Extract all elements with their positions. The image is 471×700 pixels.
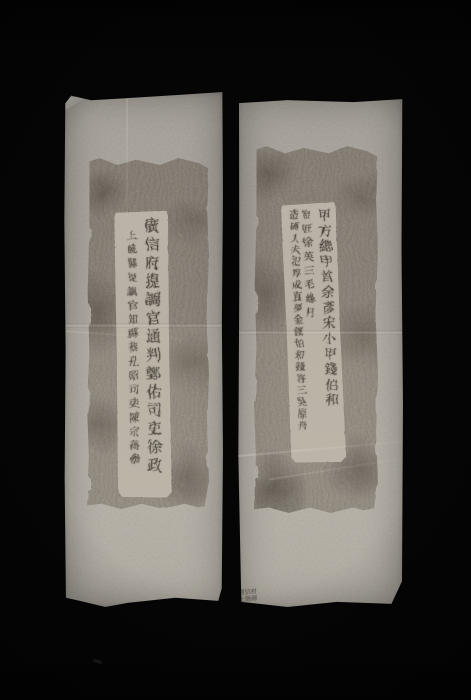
- left-rubbing-sheet: 廣信府提調官通判鄭佑司吏徐政 上饒縣提調官知縣蔡孔昭司吏陳宗蒋叅: [64, 92, 223, 607]
- right-rubbing-sheet: 甲方總甲首余彥宋小甲錢伯和 窑匠徐英三毛絲月 造磚人夫氾厚成真夢金錢伯和錢容三吳…: [238, 96, 403, 609]
- inscription-column-main: 廣信府提調官通判鄭佑司吏徐政: [137, 218, 169, 491]
- handwritten-note: 廣信府 上饒磚: [239, 589, 258, 603]
- floor-speck: [93, 659, 102, 665]
- note-line: 上饒磚: [239, 596, 257, 604]
- corner-fold: [64, 97, 88, 111]
- right-inscription-panel: 甲方總甲首余彥宋小甲錢伯和 窑匠徐英三毛絲月 造磚人夫氾厚成真夢金錢伯和錢容三吳…: [281, 202, 347, 464]
- left-inscription-panel: 廣信府提調官通判鄭佑司吏徐政 上饒縣提調官知縣蔡孔昭司吏陳宗蒋叅: [114, 211, 172, 499]
- photograph-of-rubbings: 廣信府提調官通判鄭佑司吏徐政 上饒縣提調官知縣蔡孔昭司吏陳宗蒋叅 甲方總甲首余彥…: [0, 0, 471, 700]
